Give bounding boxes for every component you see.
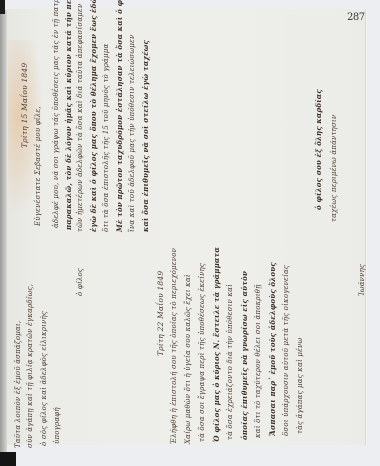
binding-edge-bottom bbox=[0, 452, 16, 466]
left-text-line: Μὲ τὸν πρῶτον ταχυδρόμον ἐστάλησαν τὰ ὅσ… bbox=[115, 0, 124, 232]
right-text-line: Ὁ φίλος μας ὁ κύριος Ν. ἔστειλε τὰ γράμμ… bbox=[212, 247, 221, 442]
right-signature: Ἰωάννης bbox=[358, 264, 366, 296]
right-text-line: ὅσοι ὑπάρχουσιν αὐτοῦ μετὰ τῆς οἰκογενεί… bbox=[282, 265, 290, 436]
right-text-line: τὰ ὅσα ἐχρειάζοντο διὰ τὴν ὑπόθεσιν καὶ bbox=[226, 284, 234, 440]
right-text-line: Χαίρω μαθὼν ὅτι ἡ ὑγεία σου καλῶς ἔχει κ… bbox=[184, 274, 192, 444]
left-postscript-line: ὑπογραφή bbox=[53, 407, 61, 444]
right-closing-line: ταχέως περιμένω ἀπάντησιν bbox=[330, 115, 338, 222]
right-text-line: Ἄσπασαι παρ᾽ ἐμοῦ τοὺς ἀδελφοὺς ὅλους bbox=[268, 262, 277, 436]
left-date-line: Τρίτη 15 Μαΐου 1849 bbox=[20, 63, 29, 148]
right-date-line: Τρίτη 22 Μαΐου 1849 bbox=[156, 271, 165, 356]
left-text-line: ἀδελφέ μου, νά σοι γράψω τάς ὑποθέσεις μ… bbox=[52, 0, 60, 228]
right-text-line: τὰ ὅσα σοι ἔγραψα περὶ τῆς ὑποθέσεως ἐκε… bbox=[198, 263, 206, 442]
left-text-line: ἵνα καὶ τοῦ ἀδελφοῦ μας τὴν ὑπόθεσιν τελ… bbox=[128, 35, 136, 232]
left-postscript-line: ὁ σὸς φίλος καὶ ἀδελφὸς εἰλικρινὴς bbox=[40, 311, 48, 446]
left-text-line: ὅτι τὰ ὅσα ἐπιστολῆς τῆς 15 τοῦ μηνὸς τὸ… bbox=[102, 44, 110, 232]
right-text-line: ὁποίας ἐπιθυμεῖς νὰ γνωρίσω εἰς αὐτὸν bbox=[240, 271, 249, 440]
right-text-line: τὰς ἀγάπας μας καὶ μένω bbox=[296, 338, 304, 434]
book-gutter bbox=[0, 10, 7, 454]
right-closing-line: ὁ φίλος σου ἐξ ὅλης καρδίας bbox=[314, 89, 323, 210]
left-signature: ὁ φίλος bbox=[76, 268, 84, 296]
right-text-line: Ἐλήφθη ἡ ἐπιστολή σου τῆς ὁποίας τὸ περι… bbox=[170, 248, 178, 444]
binding-edge-top bbox=[0, 0, 5, 14]
left-text-line: καὶ ὅσα ἐπιθυμεῖς νὰ σοὶ στείλω ἐγὼ ταχέ… bbox=[141, 40, 150, 232]
left-text-line: ἐγὼ δὲ καὶ ὁ φίλος μας ὅπου τὸ θέλημα ἔχ… bbox=[89, 0, 98, 232]
left-postscript-line: Ταῦτα λοιπὸν ἐξ ἐμοῦ ἀσπάζομαι, bbox=[14, 321, 22, 448]
left-postscript-line: σὺν ἀγάπῃ καὶ τῇ φιλίᾳ κρατῶν ἐγκαρδίως, bbox=[26, 284, 34, 448]
right-text-line: καὶ ὅτι τὸ ταχύτερον θέλει σοι ἀποκριθῇ bbox=[254, 285, 262, 439]
left-text-line: Εὐγενέστατε Σεβαστέ μου φίλε, bbox=[34, 106, 42, 226]
left-text-line: τῶν ἡμετέρων ἀδελφῶν τὰ ὅσα καὶ διά ταῦτ… bbox=[76, 4, 84, 232]
page-number: 287 bbox=[347, 12, 365, 23]
left-text-line: παρακαλῶ, τὸν δὲ λόγον ἡμᾶς καὶ κύριον κ… bbox=[64, 0, 73, 230]
manuscript-scan: 287 Τρίτη 15 Μαΐου 1849 Εὐγενέστατε Σεβα… bbox=[0, 0, 380, 466]
